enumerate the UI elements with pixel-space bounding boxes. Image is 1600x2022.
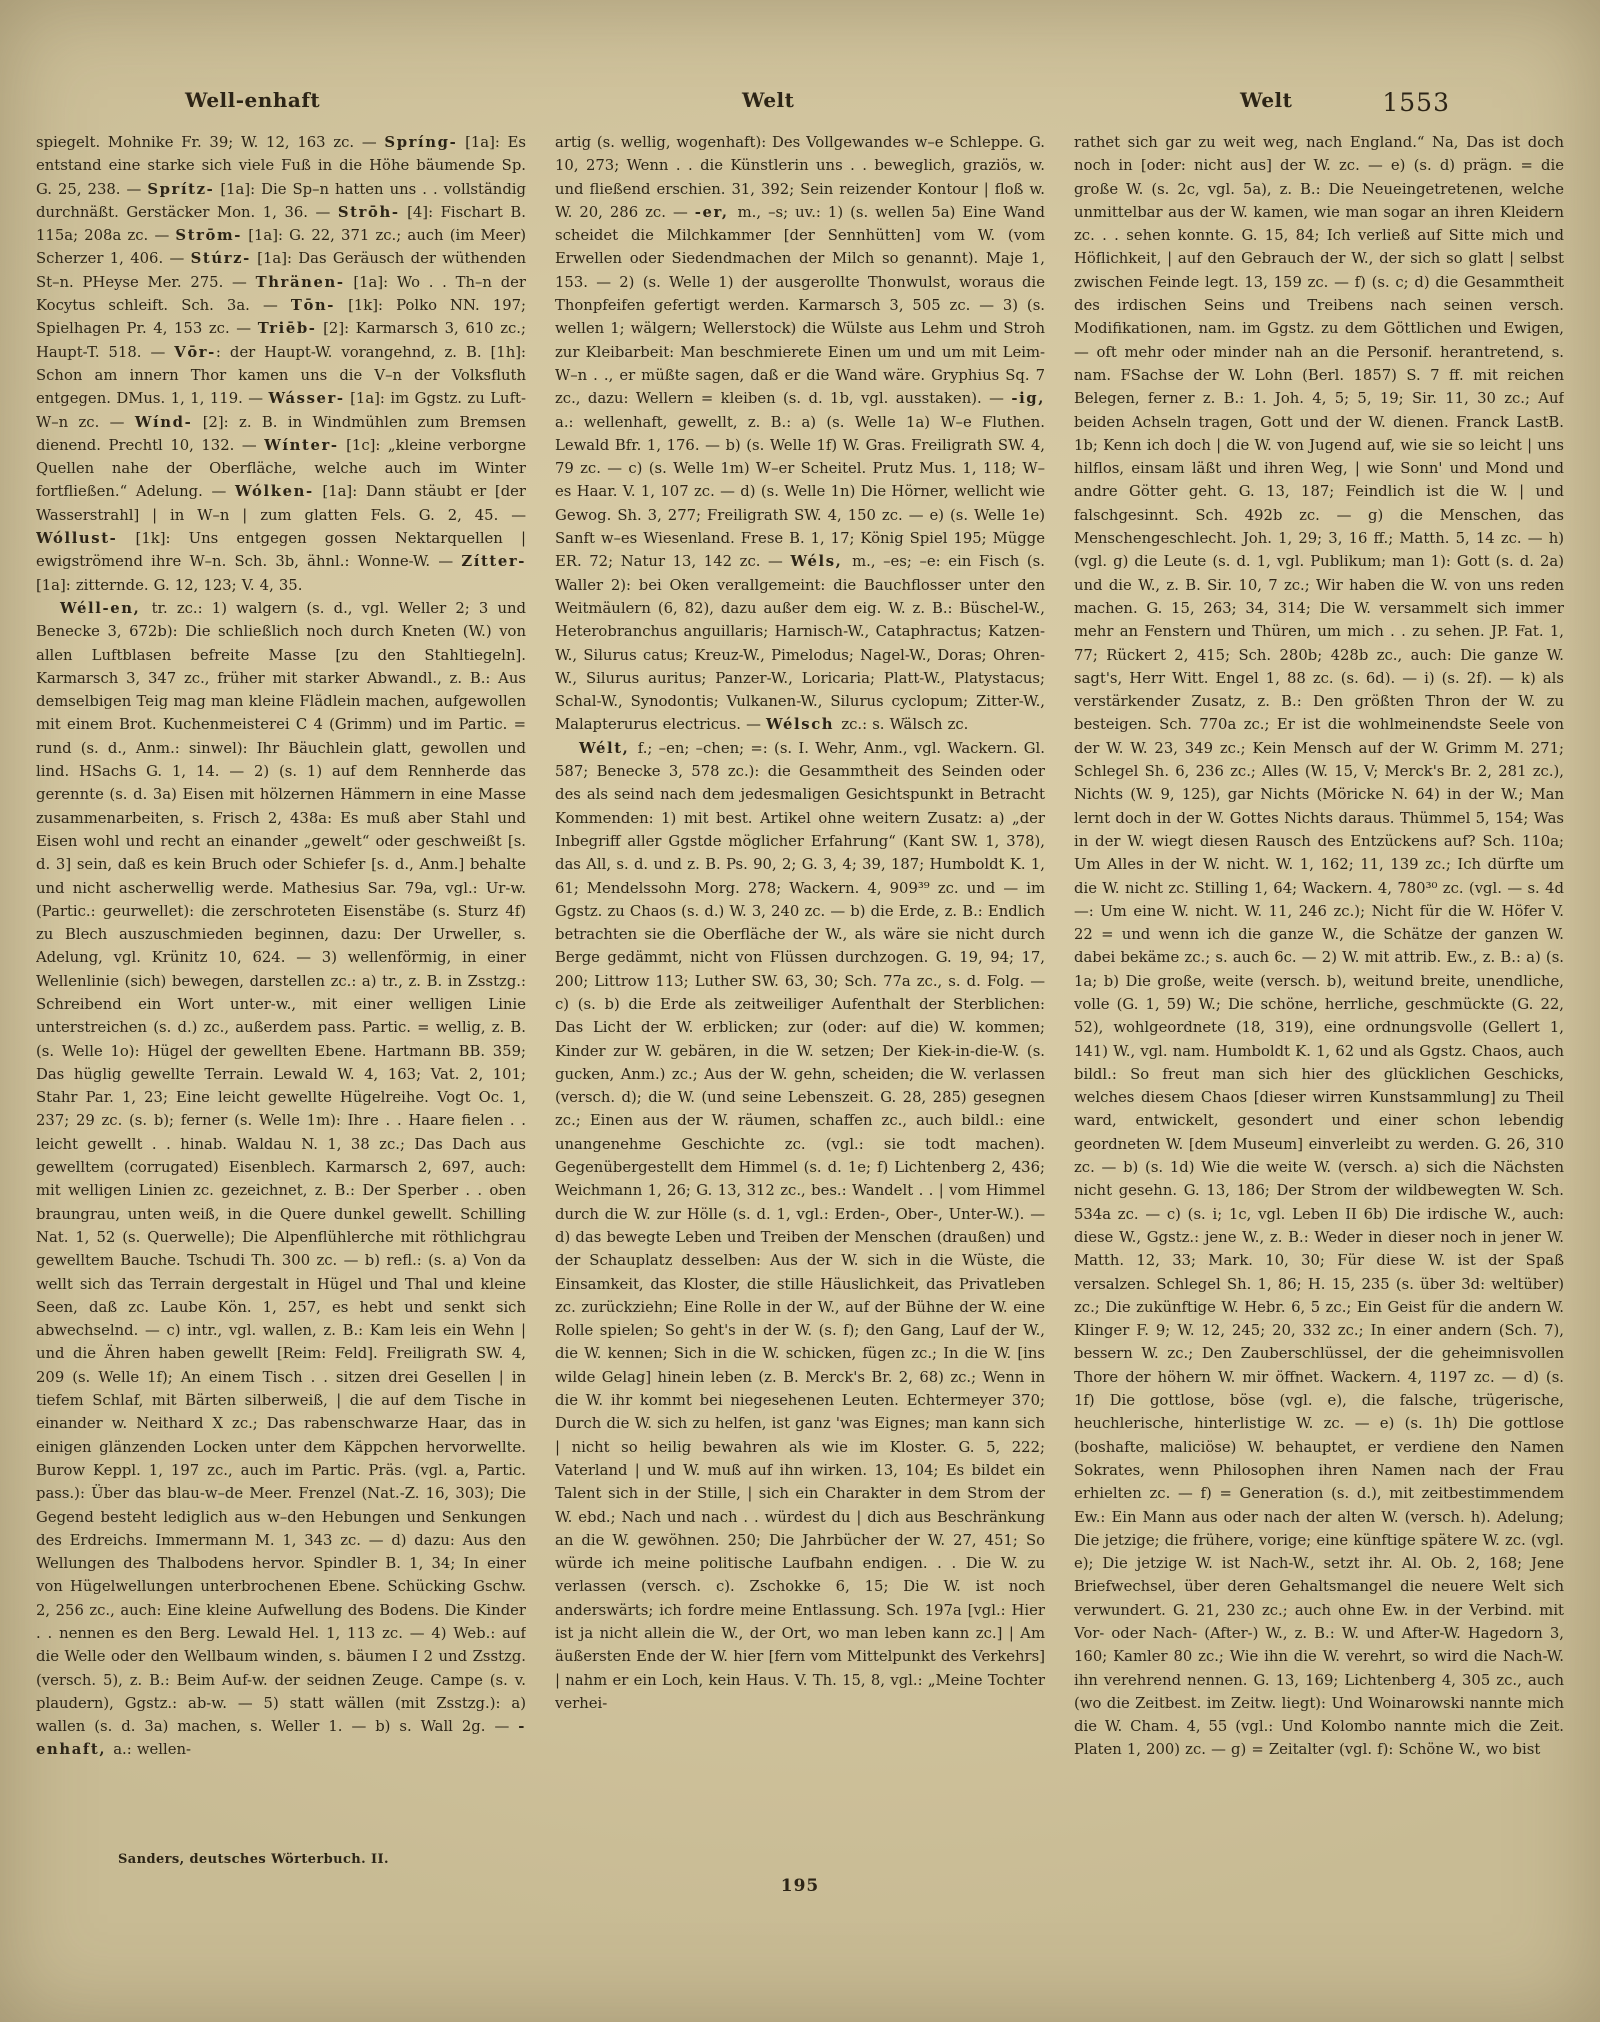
dictionary-page: Well-enhaft Welt Welt 1553 spiegelt. Moh…: [0, 0, 1600, 2022]
column-2: artig (s. wellig, wogenhaft): Des Vollge…: [555, 131, 1045, 1843]
running-head-center: Welt: [742, 88, 794, 112]
volume-signature: Sanders, deutsches Wörterbuch. II.: [118, 1852, 389, 1867]
entry-continuation-welt: rathet sich gar zu weit weg, nach Englan…: [1074, 131, 1564, 1762]
column-3: rathet sich gar zu weit weg, nach Englan…: [1074, 131, 1564, 1843]
sheet-number: 195: [0, 1876, 1600, 1896]
page-number: 1553: [1382, 88, 1450, 117]
entry-welt: Wélt, f.; –en; –chen; =: (s. I. Wehr, An…: [555, 737, 1045, 1715]
running-head-left: Well-enhaft: [185, 88, 320, 112]
running-head-right: Welt: [1240, 88, 1292, 112]
entry-continuation-welle-compounds: spiegelt. Mohnike Fr. 39; W. 12, 163 zc.…: [36, 131, 526, 597]
entry-continuation-wellenartig-wels: artig (s. wellig, wogenhaft): Des Vollge…: [555, 131, 1045, 737]
running-head: Well-enhaft Welt Welt 1553: [0, 88, 1600, 122]
column-1: spiegelt. Mohnike Fr. 39; W. 12, 163 zc.…: [36, 131, 526, 1843]
entry-wellen: Wéll-en, tr. zc.: 1) walgern (s. d., vgl…: [36, 597, 526, 1762]
text-columns: spiegelt. Mohnike Fr. 39; W. 12, 163 zc.…: [36, 131, 1564, 1843]
